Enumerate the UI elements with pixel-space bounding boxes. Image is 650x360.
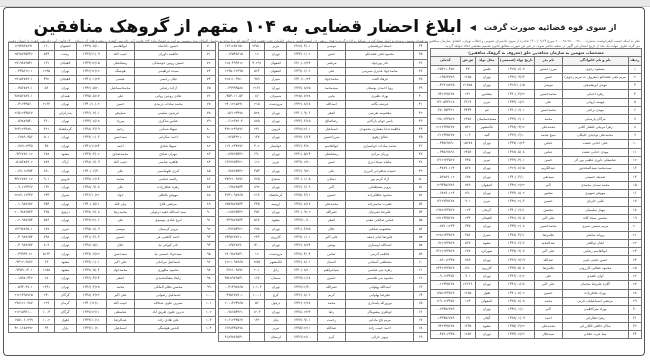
cell-birth-date: ۱۳۳۸/۰۵/۰۸ (498, 148, 534, 156)
cell-row-number: ۶۶ (414, 308, 428, 316)
cell-father-name: محمدرضا (106, 208, 134, 216)
cell-row-number: ۹۸ (202, 275, 216, 283)
table-row: ۳۷محمدجواد قدیری شیرینیعلی۱۳۳۹/۰۶/۰۶اصفه… (219, 67, 428, 75)
cell-birth-date: ۱۳۳۲/۰۷/۰۵ (498, 214, 534, 222)
cell-father-name: باقر (106, 167, 134, 175)
cell-national-code: ۱۲۹۰۱۲۳۴۵۶ (431, 297, 461, 305)
cell-id-number: ۹۸۹ (249, 76, 265, 84)
cell-full-name: سیده ابراهیمی (134, 67, 202, 75)
cell-birth-date: ۱۳۳۷/۰۶/۱۴ (287, 134, 317, 142)
table-row: ۸۴طاهره عباسیحبیب الله۱۳۳۸/۰۷/۰۹اراک۷۸۹۰… (9, 159, 216, 167)
cell-id-number: ۳۴۵ (460, 223, 475, 231)
cell-birth-place: تهران (475, 173, 498, 181)
cell-birth-place: گیلان (475, 314, 498, 322)
headline-kicker: از سوی قوه قضائیه صورت گرفت (484, 23, 616, 32)
cell-row-number: ۹۱ (202, 217, 216, 225)
cell-birth-place: تهران (54, 200, 76, 208)
cell-father-name: رمضانعلی (106, 59, 134, 67)
cell-full-name: فاطمه داوران (134, 51, 202, 59)
cell-birth-date: ۱۳۳۶/۱۲/۱۰ (287, 333, 317, 341)
cell-row-number: ۳۵ (414, 51, 428, 59)
cell-birth-date: ۱۳۳۰/۰۶/۰۱ (498, 107, 534, 115)
cell-national-code: ۰۰۴۲۳۱۸۷۶۵ (431, 82, 461, 90)
table-row: ۶۴علیرضا پهلوانیکریم۱۳۳۶/۰۸/۰۶کرج۱۰۰۰۱۰۴… (219, 291, 428, 299)
cell-full-name: پرویز مصطفایی (346, 184, 414, 192)
cell-row-number: ۳۷ (414, 67, 428, 75)
cell-father-name: سیدحسن (106, 250, 134, 258)
table-row: ۱۳سیدمحمد سیدالمحدثینعبدالکریم۱۳۲۶/۰۸/۱۵… (431, 165, 642, 173)
cell-row-number: ۲۳ (628, 248, 641, 256)
cell-id-number: ۱۷۵۶ (249, 258, 265, 266)
cell-id-number: ۵۶۳ (249, 67, 265, 75)
cell-birth-date: ۱۳۳۹/۱۰/۱۱ (76, 316, 106, 324)
table-row: ۴۴فاطمه ندایا معماری محمودیاسماعیل۱۳۳۸/۱… (219, 125, 428, 133)
cell-national-code: ۰۰۱۳۵۴۵۶۱۵ (219, 51, 250, 59)
cell-birth-date: ۱۳۳۵/۰۸/۰۹ (76, 225, 106, 233)
cell-full-name: مسعود رجوی (562, 65, 628, 73)
cell-father-name: محمدعلی (535, 322, 563, 330)
cell-national-code: ۲۴۰۹۸۷۶۵۳۱ (219, 250, 250, 258)
cell-birth-date: ۱۳۴۰/۰۶/۱۱ (498, 206, 534, 214)
cell-birth-date: ۱۳۳۴/۰۲/۲۶ (498, 331, 534, 339)
cell-full-name: حسین روبین خوشبابان (134, 59, 202, 67)
table-row: ۷۶هادی روشن روانیعلی۱۳۳۵/۰۵/۱۷همدان۳۸۷۵۶… (9, 92, 216, 100)
column-header-birth-date: تاریخ تولد (شمسی) (498, 57, 534, 65)
cell-birth-place: کرمانشاه (54, 125, 76, 133)
cell-national-code: ۰۰۵۶۱۲۳۴۷۸ (219, 109, 250, 117)
cell-birth-place: تهران (265, 184, 287, 192)
cell-full-name: فرشته یگانه (346, 101, 414, 109)
table-row: ۳۱زهرا دهکرانیاحمد۱۳۳۸/۰۱/۰۹گیلان۲۹۰۱۳۳۴… (431, 314, 642, 322)
cell-row-number: ۱ (628, 65, 641, 73)
cell-birth-place: شیراز (475, 231, 498, 239)
cell-full-name: مهناز سلیمیان (562, 206, 628, 214)
table-row: ۵۷علیرضا امام جمعهعلی اکبر۱۳۳۹/۰۱/۰۱کازر… (219, 233, 428, 241)
table-row: ۱۰۲ندرین علوی طریق آبادعباسعلی۱۳۳۷/۱۲/۱۱… (9, 308, 216, 316)
cell-birth-date: ۱۳۴۱/۰۱/۱۸ (498, 281, 534, 289)
table-row: ۶۸احمد حبیب زادهعبدالله۱۳۳۵/۱۲/۱۱تبریز۱۳… (219, 325, 428, 333)
cell-id-number: ۵۶۷ (460, 165, 475, 173)
cell-row-number: ۳۶ (414, 59, 428, 67)
cell-row-number: ۸۳ (202, 150, 216, 158)
cell-birth-date: ۱۳۳۷/۰۸/۲۵ (287, 84, 317, 92)
cell-birth-place: تهران (54, 117, 76, 125)
cell-birth-date: ۱۳۴۰/۱۰/۲۳ (287, 76, 317, 84)
cell-id-number: ۱۳۹۱ (39, 283, 55, 291)
table-row: ۷۰حسین داداشاهابوالقاسم۱۳۳۹/۰۵/۱۰اصفهان۱… (9, 43, 216, 51)
cell-birth-place: لاهیجان (54, 76, 76, 84)
cell-birth-place: اهواز (475, 289, 498, 297)
cell-row-number: ۴۹ (414, 167, 428, 175)
cell-national-code: ۴۶۲۱۲۳۴۵۶۷ (431, 248, 461, 256)
cell-birth-date: ۱۳۳۸/۰۱/۰۹ (498, 314, 534, 322)
cell-full-name: مهدی ابریشمچی (562, 82, 628, 90)
table-row: ۹۳احمد کاظمی فرحسین۱۳۴۱/۰۳/۰۳تهران۷۹۸۰۰۳… (9, 233, 216, 241)
cell-full-name: علیرضا امام جمعه (346, 233, 414, 241)
table-row: ۶۵نوروزاله پاسداریمحمد۱۳۴۲/۰۲/۲۸دزفول۵۶۲… (219, 300, 428, 308)
cell-national-code: ۰۴۵۴۰۱۱۰۵۳ (219, 92, 250, 100)
cell-national-code: ۱۲۹۵۰۶۲۳۹۵ (219, 67, 250, 75)
cell-id-number: ۲۳۳ (249, 233, 265, 241)
cell-birth-place: مشهد (475, 322, 498, 330)
table-row: ۸۹مرتضی فلاحولی الله۱۳۴۰/۰۵/۱۱تهران۳۵۴۰۰… (9, 200, 216, 208)
cell-row-number: ۵۹ (414, 250, 428, 258)
table-row: ۱۱مهدی خدایی صفتعباس۱۳۳۸/۰۵/۰۸تهران۲۴۵۶۰… (431, 148, 642, 156)
cell-id-number: ۲۱۶۳ (39, 101, 55, 109)
cell-birth-place: کرمان (54, 300, 76, 308)
cell-id-number: ۱۳۷ (249, 134, 265, 142)
table-row: ۲۰مریم شمس شیریمحمدحسین۱۳۴۳/۰۲/۰۸تهران۳۴… (431, 223, 642, 231)
cell-birth-place: قائمشهر (475, 123, 498, 131)
cell-father-name: حسن (317, 51, 345, 59)
cell-national-code: ۲۷۱۹۸۷۶۵۴۱ (9, 59, 39, 67)
cell-father-name: نصرالله (317, 208, 345, 216)
cell-row-number: ۵ (628, 98, 641, 106)
cell-birth-place: شیراز (265, 76, 287, 84)
cell-full-name: مهوش غاطلی (134, 192, 202, 200)
cell-birth-date: ۱۳۳۸/۰۵/۱۰ (76, 242, 106, 250)
cell-birth-place: تبریز (54, 225, 76, 233)
cell-birth-place: قائمشهر (265, 258, 287, 266)
cell-birth-date: ۱۳۴۳/۰۲/۰۸ (498, 223, 534, 231)
cell-birth-place: گنبد (475, 131, 498, 139)
cell-birth-date: ۱۳۴۰/۰۶/۳۰ (76, 167, 106, 175)
cell-birth-place: تهران (475, 73, 498, 81)
cell-id-number: ۲۴۵۶ (460, 148, 475, 156)
cell-birth-place: تهران (265, 150, 287, 158)
cell-father-name: محمداسماعیل (106, 84, 134, 92)
cell-row-number: ۶ (628, 107, 641, 115)
table-row: ۸زهرا مریخی افشار کلاییمحمدعلی۱۳۳۸/۰۹/۱۲… (431, 123, 642, 131)
cell-national-code: ۲۴۳۵۶۷۸۹۱۰ (219, 233, 250, 241)
table-caption: مشخصات متهمین به سازمان مجاهدین خلق (معر… (431, 49, 642, 57)
cell-father-name: عباس (317, 250, 345, 258)
cell-full-name: زهرا مریخی افشار کلایی (562, 123, 628, 131)
cell-father-name: اکبر (535, 181, 563, 189)
table-row: ۷۸فریدون سلیمیسیاوش۱۳۳۶/۰۷/۰۱بندرانزلی۲۶… (9, 109, 216, 117)
cell-row-number: ۲۲ (628, 239, 641, 247)
cell-full-name: فاطمه ندایا معماری محمودی (346, 125, 414, 133)
cell-birth-date: ۱۳۳۶/۱۲/۱۲ (76, 67, 106, 75)
cell-father-name: علی اکبر (535, 214, 563, 222)
cell-birth-date: ۱۳۲۶/۰۸/۱۵ (498, 165, 534, 173)
cell-birth-date: ۱۳۳۶/۰۴/۲۸ (76, 283, 106, 291)
cell-father-name: اکبر (317, 184, 345, 192)
cell-father-name: حسین (106, 233, 134, 241)
cell-national-code: ۰۰۴۴۵۶۷۸۹۰ (431, 140, 461, 148)
table-row: ۷۱فاطمه داورانحبیب الله۱۳۳۹/۱۱/۰۹رشت۵۶۴۲… (9, 51, 216, 59)
cell-national-code: ۰۰۴۵۶۷۸۹۰۱ (9, 84, 39, 92)
cell-full-name: محمود بنی هاشمی (346, 275, 414, 283)
table-row: ۴۳یاسر جهان بازکانیرضاصالح۱۳۴۳/۰۳/۱۵تهرا… (219, 117, 428, 125)
cell-father-name: علی (106, 217, 134, 225)
cell-full-name: احمد شکرانی (134, 134, 202, 142)
cell-birth-place: مسجدسلیمان (475, 115, 498, 123)
cell-birth-place: گرگان (54, 291, 76, 299)
cell-id-number: ۲۱۳ (249, 192, 265, 200)
cell-row-number: ۵۳ (414, 200, 428, 208)
table-row: ۷۳سیده ابراهیمیهوشنگ۱۳۳۶/۱۲/۱۲تهران۱۲۹۵۰… (9, 67, 216, 75)
cell-id-number: ۲۸ (39, 275, 55, 283)
cell-national-code: ۳۲۴۱۲۳۹۸۷۰ (9, 125, 39, 133)
cell-father-name: عباسعلی (106, 308, 134, 316)
cell-father-name: علی اکبر (535, 248, 563, 256)
cell-national-code: ۲۱۲۱۰۹۸۷۶۵ (219, 258, 250, 266)
cell-full-name: علیرضا نصرتیان (346, 208, 414, 216)
cell-row-number: ۱۶ (628, 190, 641, 198)
cell-birth-place: اصفهان (475, 297, 498, 305)
cell-birth-date: ۱۳۴۲/۰۲/۰۳ (498, 198, 534, 206)
cell-national-code: ۰۹۲۱۲۳۴۵۶۷ (431, 239, 461, 247)
cell-full-name: طاهره عباسی (134, 159, 202, 167)
cell-full-name: نیلان رحیمی (134, 76, 202, 84)
table-row: ۹۶اسماعیل مرادیانعلی اکبر۱۳۳۹/۰۱/۰۱مشهد۶… (9, 258, 216, 266)
cell-father-name: علی اکبر (317, 233, 345, 241)
cell-full-name: نادر پورجواد (346, 59, 414, 67)
table-row: ۵۸اسدالله اوستارییونس۱۳۳۲/۰۸/۲۴تهران۱۴۰۰… (219, 242, 428, 250)
cell-birth-date: ۱۳۴۱/۰۳/۲۵ (287, 225, 317, 233)
cell-father-name: اسماعیل (317, 125, 345, 133)
cell-id-number (249, 333, 265, 341)
cell-id-number: ۴۲۱ (39, 125, 55, 133)
cell-id-number: ۱۲۹۵ (39, 67, 55, 75)
cell-full-name: محمد سادات دربندی (134, 101, 202, 109)
cell-father-name: عباس (535, 148, 563, 156)
cell-row-number: ۲۰ (628, 223, 641, 231)
headline: از سوی قوه قضائیه صورت گرفت ◀ ابلاغ احضا… (4, 16, 646, 38)
cell-birth-place: کرج (265, 291, 287, 299)
cell-father-name: علی (535, 273, 563, 281)
cell-national-code: ۱۲۹۴۵۶۷۸۹۱ (9, 43, 39, 51)
cell-id-number: ۴۶۵ (39, 208, 55, 216)
table-row: ۶۱زهره بنی عباسیسیدابراهیم۱۳۴۰/۰۸/۱۰زابل… (219, 267, 428, 275)
table-row: ۸۸مهوش غاطلیجواد۱۳۳۶/۱۰/۲۱شیراز۲۴۳۲۲۸۹۰۱… (9, 192, 216, 200)
cell-birth-date: ۱۳۳۹/۱۲/۱۵ (76, 59, 106, 67)
cell-id-number: ۱۰۳ (460, 131, 475, 139)
cell-national-code: ۰۰۱۰۹۸۷۶۵۶ (9, 200, 39, 208)
cell-full-name: مهران صادق (134, 150, 202, 158)
cell-father-name: محمدحسین (535, 90, 563, 98)
cell-father-name: علی اکبر (106, 291, 134, 299)
cell-father-name: علی اکبر (106, 258, 134, 266)
cell-national-code: ۱۳۶۸۳۴۵۶۷۸ (219, 325, 250, 333)
cell-father-name: عبدالله (317, 325, 345, 333)
cell-full-name: فهیمه اروانی (562, 98, 628, 106)
table-row: ۹۴نادر کیوانی نیاجلال۱۳۳۸/۰۵/۱۰تهران۸۰۹۰… (9, 242, 216, 250)
table-row: ۳۸فرهاد الفتمحمدجواد۱۳۴۰/۱۰/۲۳شیراز۹۸۹۲۲… (219, 76, 428, 84)
cell-national-code: ۲۲۸۹۰۱۲۳۴۷ (9, 192, 39, 200)
cell-full-name: محمدجواد قدیری شیرینی (346, 67, 414, 75)
cell-birth-date: ۱۳۴۳/۰۳/۱۵ (287, 117, 317, 125)
cell-father-name: حسین (535, 289, 563, 297)
cell-father-name: احمد (535, 314, 563, 322)
column-header-father-name: نام پدر (535, 57, 563, 65)
cell-id-number: ۵۷۶ (39, 217, 55, 225)
cell-birth-place: تهران (265, 117, 287, 125)
cell-father-name: جلال (106, 242, 134, 250)
cell-national-code: ۰۰۱۳۵۶۴۷۸۹ (431, 73, 461, 81)
cell-id-number: ۸۹۰ (460, 190, 475, 198)
cell-birth-place: تهران (265, 134, 287, 142)
cell-birth-date: ۱۳۴۲/۰۱/۱۰ (498, 306, 534, 314)
cell-birth-date: ۱۳۳۲/۰۹/۱۳ (498, 73, 534, 81)
cell-father-name: اکبر (535, 306, 563, 314)
cell-row-number: ۹۹ (202, 283, 216, 291)
cell-birth-place: تهران (475, 306, 498, 314)
cell-row-number: ۱۰۳ (202, 316, 216, 324)
cell-full-name: عباسعلی داوری قطبی پور آذر (562, 156, 628, 164)
cell-row-number: ۱۰۴ (202, 325, 216, 333)
cell-full-name: بهزاد نظیری (346, 92, 414, 100)
cell-birth-place: اصفهان (265, 59, 287, 67)
cell-birth-place: تبریز (265, 159, 287, 167)
cell-birth-place: مرودشت (265, 250, 287, 258)
cell-national-code: ۰۰۶۷۸۹۰۱۲۳ (431, 190, 461, 198)
cell-birth-date: ۱۳۳۷/۰۷/۰۸ (76, 208, 106, 216)
cell-birth-place: گرگان (54, 308, 76, 316)
arrow-icon: ◀ (470, 23, 476, 32)
cell-birth-place: تهران (54, 242, 76, 250)
cell-national-code: ۱۲۸۰۳۹۹۳۱۲ (219, 59, 250, 67)
cell-father-name: محمد (317, 300, 345, 308)
cell-id-number: ۴۷ (460, 65, 475, 73)
cell-father-name: پیرزاد (106, 117, 134, 125)
cell-birth-place: تهران (54, 84, 76, 92)
cell-father-name: عبدالله (535, 256, 563, 264)
cell-father-name: میرزاحسین (317, 134, 345, 142)
cell-father-name: جواد (106, 192, 134, 200)
cell-row-number: ۸۴ (202, 159, 216, 167)
cell-row-number: ۶۸ (414, 325, 428, 333)
cell-national-code: ۰۱۳۳۴۵۶۷۸۹ (431, 314, 461, 322)
cell-birth-place: تهران (265, 242, 287, 250)
cell-id-number: ۱۴۲ (249, 316, 265, 324)
cell-birth-date: ۱۳۴۰/۱۰/۰۲ (76, 101, 106, 109)
cell-row-number: ۹۳ (202, 233, 216, 241)
cell-row-number: ۴ (628, 90, 641, 98)
cell-row-number: ۴۰ (414, 92, 428, 100)
cell-birth-date: ۱۳۳۶/۰۸/۰۶ (287, 291, 317, 299)
cell-full-name: مهوش سپهری (562, 190, 628, 198)
cell-birth-place: تهران (54, 217, 76, 225)
cell-birth-date: ۱۳۳۵/۱۲/۱۱ (287, 325, 317, 333)
table-row: ۸۵کبری طهماسبیباقر۱۳۴۰/۰۶/۳۰تهران۸۹۰۰۰۸۹… (9, 167, 216, 175)
cell-full-name: گلاره علیرضا ساسان (562, 281, 628, 289)
cell-full-name: فرهاد الفت (346, 76, 414, 84)
cell-father-name: غلامرضا (535, 231, 563, 239)
table-row: ۶مهدی براعیمحمدحسن۱۳۳۰/۰۶/۰۱قم۴۴۴۴۰۳۷۰۶۵… (431, 107, 642, 115)
cell-birth-date: ۱۳۳۸/۰۴/۲۶ (76, 291, 106, 299)
cell-national-code: ۰۰۸۹۰۱۲۳۵۴ (9, 167, 39, 175)
cell-father-name: محمد (535, 115, 563, 123)
cell-id-number: ۱۵۶۷۸ (460, 140, 475, 148)
cell-father-name: عبدالکریم (535, 165, 563, 173)
table-row: ۳۴جمیله ابریشمچیموسی۱۳۲۸/۰۳/۰۱تبریز۲۳۵۱۰… (219, 43, 428, 51)
table-row: ۵۹فاطمه آدرمیعباس۱۳۳۸/۰۴/۰۴مرودشت۱۲۲۴۰۹۸… (219, 250, 428, 258)
table-row: ۸۰سهیلا شمانیرحیم۱۳۳۸/۰۴/۱۹کرمانشاه۴۲۱۳۲… (9, 125, 216, 133)
cell-row-number: ۹۰ (202, 208, 216, 216)
cell-full-name: ندرین علوی طریق آباد (134, 308, 202, 316)
cell-national-code: ۰۰۱۹۸۷۶۵۴۳ (219, 184, 250, 192)
cell-full-name: زهره بنی عباسی (346, 267, 414, 275)
cell-full-name: مهدی براعی (562, 107, 628, 115)
cell-birth-date: ۱۳۳۹/۱۰/۲۰ (76, 325, 106, 333)
cell-father-name: رحمت (317, 316, 345, 324)
cell-id-number (249, 325, 265, 333)
cell-row-number: ۴۷ (414, 150, 428, 158)
cell-birth-date: ۱۳۳۸/۰۴/۱۹ (76, 125, 106, 133)
cell-birth-place: تهران (475, 82, 498, 90)
cell-full-name: مینا عرب حقانی (562, 331, 628, 339)
cell-birth-place: مرودشت (265, 101, 287, 109)
table-row: ۸۷زهره عطارزادهباقر۱۳۳۸/۰۹/۰۸تهران۱۳۲۰۰۹… (9, 184, 216, 192)
cell-birth-date: ۱۳۳۷/۰۹/۰۷ (498, 248, 534, 256)
cell-birth-place: ارومیه (265, 200, 287, 208)
cell-id-number: ۴۵ (39, 142, 55, 150)
cell-father-name: جلال (317, 225, 345, 233)
cell-id-number: ۱۶۷ (249, 275, 265, 283)
column-header-birth-place: محل تولد (475, 57, 498, 65)
cell-national-code: ۰۰۳۰۹۸۷۶۵۴ (9, 233, 39, 241)
cell-father-name: سیدمحمد (317, 84, 345, 92)
cell-full-name: محمود عطایی کازرونی (562, 264, 628, 272)
cell-id-number: ۷۸۹ (460, 181, 475, 189)
cell-row-number: ۵۷ (414, 233, 428, 241)
cell-father-name: حسین (535, 198, 563, 206)
cell-full-name: جواهری پیشویکار (346, 308, 414, 316)
cell-birth-place: تهران (265, 283, 287, 291)
cell-birth-place: تهران (54, 101, 76, 109)
cell-father-name: غلامرضا (535, 264, 563, 272)
cell-birth-place: تهران (265, 109, 287, 117)
cell-full-name: جمیله ابریشمچی (346, 43, 414, 51)
cell-birth-place: تهران (265, 208, 287, 216)
table-row: ۱۰۴اقدس هوشنگیاسماعیل۱۳۳۹/۱۰/۲۰بازار۳۹۴۲… (9, 325, 216, 333)
cell-row-number: ۵۰ (414, 175, 428, 183)
cell-national-code: ۰۰۴۷۸۹۰۱۲۳ (431, 165, 461, 173)
cell-birth-place: سمنان (265, 275, 287, 283)
cell-father-name: محمدحسن (535, 107, 563, 115)
cell-birth-date: ۱۳۲۶/۱۰/۱۵ (498, 82, 534, 90)
cell-national-code: ۱۷۵۱۲۳۴۵۶۷ (431, 289, 461, 297)
cell-birth-date: ۱۳۴۲/۰۵/۲۰ (76, 84, 106, 92)
table-row: ۵۶معصومه صانعیجلال۱۳۴۱/۰۳/۲۵تهران۶۷۸۰۰۳۷… (219, 225, 428, 233)
cell-full-name: آزاد کریم پور (346, 175, 414, 183)
cell-full-name: راضیه عباسی (134, 175, 202, 183)
page-title: ابلاغ احضار قضایی به ۱۰۴ متهم از گروهک م… (34, 17, 462, 37)
cell-national-code: ۲۱۲۱۳۴۵۶۷۸ (431, 123, 461, 131)
cell-birth-date: ۱۳۳۹/۱۲/۰۶ (76, 217, 106, 225)
cell-birth-place: تهران (475, 223, 498, 231)
cell-full-name: اسماعیل رضوانی (134, 291, 202, 299)
cell-birth-date: ۱۳۴۱/۱۱/۲۴ (76, 142, 106, 150)
cell-id-number: ۵۶ (249, 300, 265, 308)
cell-national-code: ۲۰۰۱۳۲۴۷۶۵ (219, 300, 250, 308)
cell-national-code: ۲۵۹۸۷۶۵۴۳۲ (9, 51, 39, 59)
cell-birth-place: تهران (54, 184, 76, 192)
cell-father-name: رضاصالح (317, 117, 345, 125)
cell-id-number: ۱۲۰۳ (249, 308, 265, 316)
cell-id-number: ۴۴۴۴ (460, 107, 475, 115)
cell-birth-place: اصفهان (54, 43, 76, 51)
cell-row-number: ۱۴ (628, 173, 641, 181)
cell-national-code: ۰۳۶۲۱۰۹۸۷۶ (219, 267, 250, 275)
cell-national-code: ۰۰۴۱۲۳۴۵۶۰ (9, 101, 39, 109)
cell-father-name: حسن (106, 101, 134, 109)
cell-full-name: ایلناز ذوالقدر (562, 239, 628, 247)
cell-father-name: عیسی (106, 76, 134, 84)
cell-id-number: ۶۷۸ (249, 225, 265, 233)
